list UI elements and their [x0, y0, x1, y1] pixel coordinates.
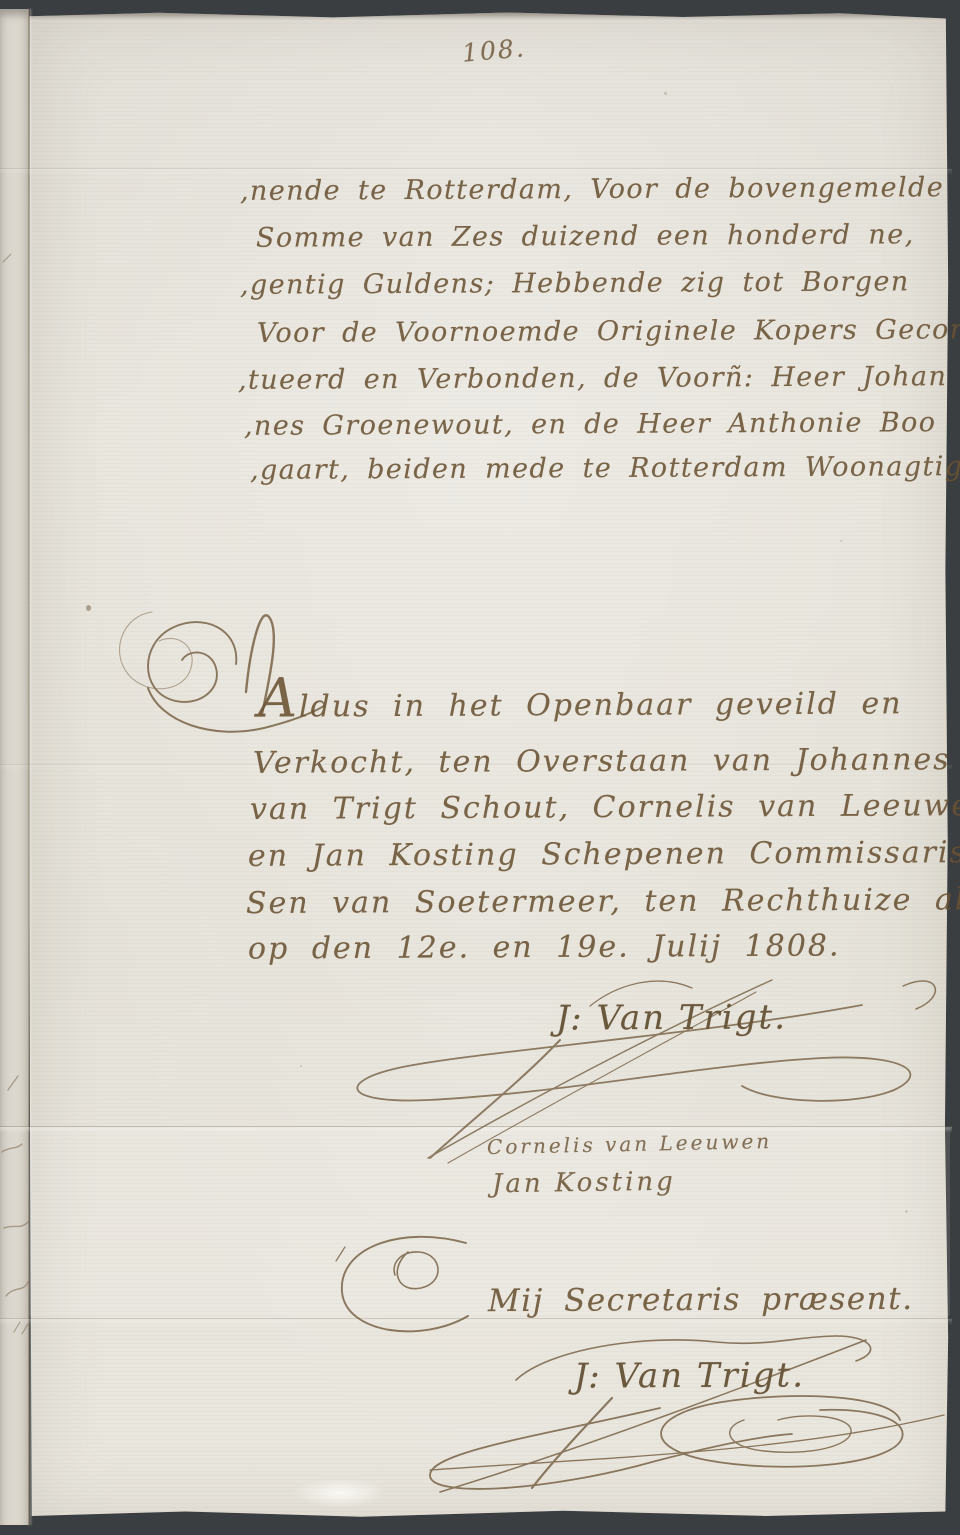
manuscript-line: ,gentig Guldens; Hebbende zig tot Borgen	[240, 266, 910, 301]
manuscript-line: ,nende te Rotterdam, Voor de bovengemeld…	[240, 172, 944, 207]
manuscript-line: op den 12e. en 19e. Julij 1808.	[248, 928, 841, 966]
secretary-attestation: Mij Secretaris præsent.	[488, 1281, 914, 1319]
manuscript-line: van Trigt Schout, Cornelis van Leeuwen	[250, 788, 960, 827]
signature-kosting: Jan Kosting	[492, 1167, 676, 1200]
signature-van-trigt-2: J: Van Trigt.	[574, 1355, 805, 1396]
manuscript-line: en Jan Kosting Schepenen Commissaris.	[248, 835, 960, 874]
binding-seam	[28, 9, 30, 1525]
signature-van-trigt-1: J: Van Trigt.	[556, 997, 787, 1038]
ink-speck	[300, 1065, 302, 1067]
ink-speck	[86, 605, 91, 611]
manuscript-line: ,gaart, beiden mede te Rotterdam Woonagt…	[250, 451, 960, 486]
facing-page-edge	[0, 9, 29, 1525]
manuscript-line: ,tueerd en Verbonden, de Voorñ: Heer Joh…	[238, 361, 947, 396]
manuscript-line: Sen van Soetermeer, ten Rechthuize aldaa…	[246, 882, 960, 921]
manuscript-scan: 108. ,nende te Rotterdam, Voor de boveng…	[0, 0, 960, 1535]
manuscript-line: Aldus in het Openbaar geveild en	[258, 680, 903, 724]
ink-speck	[905, 1210, 908, 1213]
ink-speck	[840, 540, 843, 542]
manuscript-line: ,nes Groenewout, en de Heer Anthonie Boo	[244, 407, 936, 442]
manuscript-line: Verkocht, ten Overstaan van Johannes	[253, 742, 951, 781]
ink-speck	[664, 92, 667, 95]
manuscript-line: Voor de Voornoemde Originele Kopers Geco…	[257, 314, 960, 349]
page-number: 108.	[461, 33, 527, 67]
manuscript-line: Somme van Zes duizend een honderd ne,	[256, 219, 915, 253]
paper-stain	[292, 1478, 388, 1508]
